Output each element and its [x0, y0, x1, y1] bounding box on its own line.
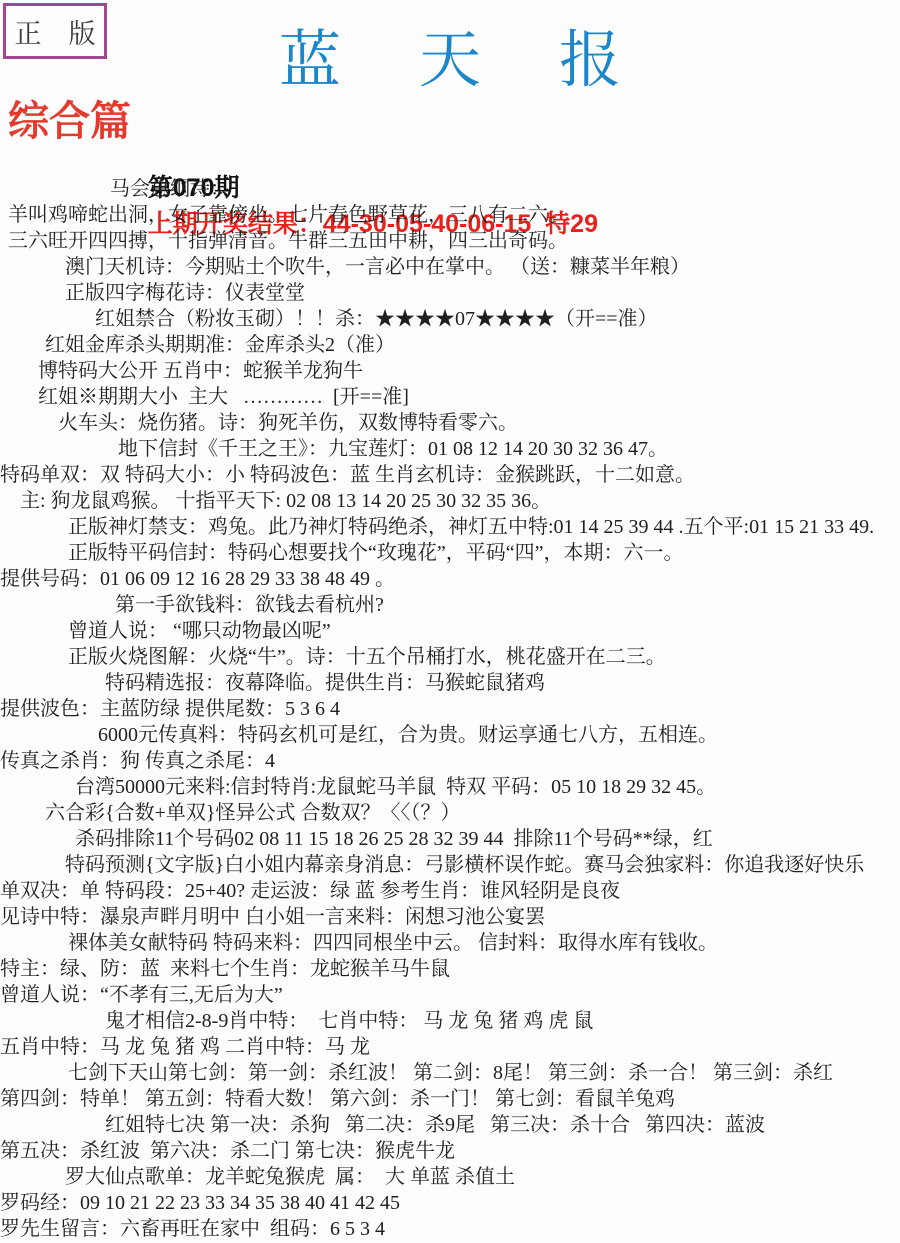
text-line: 澳门天机诗：今期贴土个吹牛，一言必中在掌中。 （送：糠菜半年粮）	[0, 254, 900, 280]
text-line: 主: 狗龙鼠鸡猴。 十指平天下: 02 08 13 14 20 25 30 32…	[0, 488, 900, 514]
text-line: 特码预测{文字版}白小姐内幕亲身消息：弓影横杯误作蛇。赛马会独家料：你追我逐好快…	[0, 852, 900, 878]
text-line: 鬼才相信2-8-9肖中特： 七肖中特： 马 龙 兔 猪 鸡 虎 鼠	[0, 1008, 900, 1034]
text-line: 第四剑：特单！ 第五剑：特看大数！ 第六剑：杀一门！ 第七剑：看鼠羊兔鸡	[0, 1086, 900, 1112]
text-line: 火车头：烧伤猪。诗：狗死羊伤，双数博特看零六。	[0, 410, 900, 436]
text-line: 特码单双：双 特码大小：小 特码波色：蓝 生肖玄机诗：金猴跳跃，十二如意。	[0, 462, 900, 488]
text-line: 马会总纲诗：	[0, 176, 900, 202]
text-line: 单双决：单 特码段：25+40? 走运波：绿 蓝 参考生肖：谁风轻阴是良夜	[0, 878, 900, 904]
text-line: 正版神灯禁支：鸡兔。此乃神灯特码绝杀，神灯五中特:01 14 25 39 44 …	[0, 514, 900, 540]
text-line: 三六旺开四四搏，十指弹清音。牛群三五田中耕，四三出奇码。	[0, 228, 900, 254]
text-line: 杀码排除11个号码02 08 11 15 18 26 25 28 32 39 4…	[0, 826, 900, 852]
text-line: 六合彩{合数+单双}怪异公式 合数双？〈〈（？）	[0, 800, 900, 826]
text-line: 6000元传真料：特码玄机可是红，合为贵。财运享通七八方，五相连。	[0, 722, 900, 748]
text-line: 见诗中特：瀑泉声畔月明中 白小姐一言来料：闲想习池公宴罢	[0, 904, 900, 930]
text-line: 红姐金库杀头期期准：金库杀头2（准）	[0, 332, 900, 358]
text-line: 罗大仙点歌单：龙羊蛇兔猴虎 属： 大 单蓝 杀值土	[0, 1164, 900, 1190]
section-title: 综合篇	[8, 88, 131, 147]
text-line: 曾道人说：“不孝有三,无后为大”	[0, 982, 900, 1008]
text-line: 博特码大公开 五肖中：蛇猴羊龙狗牛	[0, 358, 900, 384]
text-line: 提供波色：主蓝防绿 提供尾数：5 3 6 4	[0, 696, 900, 722]
text-line: 正版火烧图解：火烧“牛”。诗：十五个吊桶打水，桃花盛开在二三。	[0, 644, 900, 670]
text-line: 羊叫鸡啼蛇出洞，女子靠傍坐。七片春色野草花，三八有二六。	[0, 202, 900, 228]
text-line: 罗先生留言：六畜再旺在家中 组码：6 5 3 4	[0, 1216, 900, 1242]
text-line: 第一手欲钱料：欲钱去看杭州?	[0, 592, 900, 618]
text-line: 红姐特七决 第一决：杀狗 第二决：杀9尾 第三决：杀十合 第四决：蓝波	[0, 1112, 900, 1138]
text-line: 提供号码：01 06 09 12 16 28 29 33 38 48 49 。	[0, 566, 900, 592]
text-line: 第五决：杀红波 第六决：杀二门 第七决：猴虎牛龙	[0, 1138, 900, 1164]
text-line: 正版四字梅花诗：仪表堂堂	[0, 280, 900, 306]
text-line: 特主：绿、防：蓝 来料七个生肖：龙蛇猴羊马牛鼠	[0, 956, 900, 982]
text-line: 传真之杀肖：狗 传真之杀尾：4	[0, 748, 900, 774]
text-line: 曾道人说： “哪只动物最凶呢”	[0, 618, 900, 644]
newspaper-page: 正 版 蓝天报 综合篇 第070期 上期开奖结果：44-30-05-40-06-…	[0, 0, 900, 1243]
body-lines: 马会总纲诗：羊叫鸡啼蛇出洞，女子靠傍坐。七片春色野草花，三八有二六。三六旺开四四…	[0, 176, 900, 1242]
text-line: 台湾50000元来料:信封特肖:龙鼠蛇马羊鼠 特双 平码：05 10 18 29…	[0, 774, 900, 800]
text-line: 红姐※期期大小 主大 ………… [开==准]	[0, 384, 900, 410]
text-line: 特码精选报：夜幕降临。提供生肖：马猴蛇鼠猪鸡	[0, 670, 900, 696]
text-line: 五肖中特：马 龙 兔 猪 鸡 二肖中特：马 龙	[0, 1034, 900, 1060]
text-line: 正版特平码信封：特码心想要找个“玫瑰花”，平码“四”，本期：六一。	[0, 540, 900, 566]
text-line: 罗码经：09 10 21 22 23 33 34 35 38 40 41 42 …	[0, 1190, 900, 1216]
text-line: 七剑下天山第七剑：第一剑：杀红波！ 第二剑：8尾！ 第三剑：杀一合！ 第三剑：杀…	[0, 1060, 900, 1086]
text-line: 地下信封《千王之王》：九宝莲灯：01 08 12 14 20 30 32 36 …	[0, 436, 900, 462]
page-title: 蓝天报	[0, 10, 900, 99]
text-line: 红姐禁合（粉妆玉砌）！！杀：★★★★07★★★★（开==准）	[0, 306, 900, 332]
text-line: 裸体美女献特码 特码来料：四四同根坐中云。 信封料：取得水库有钱收。	[0, 930, 900, 956]
